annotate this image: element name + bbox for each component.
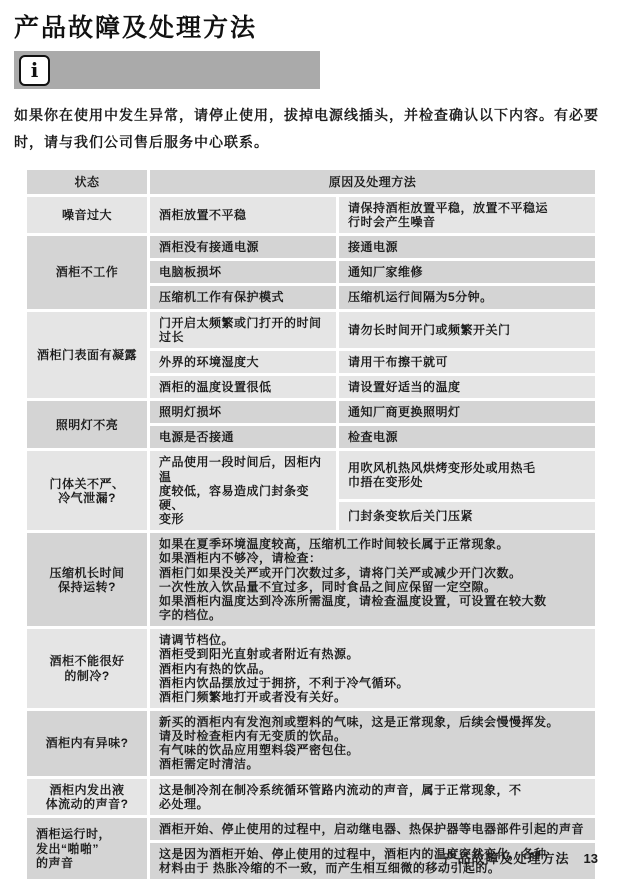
table-row: 酒柜门表面有凝露门开启太频繁或门打开的时间过长请勿长时间开门或频繁开关门 (27, 312, 595, 348)
cause-cell: 照明灯损坏 (150, 401, 336, 423)
remedy-cell: 这是制冷剂在制冷系统循环管路内流动的声音，属于正常现象，不 必处理。 (150, 779, 595, 815)
status-cell: 照明灯不亮 (27, 401, 147, 448)
remedy-cell: 请勿长时间开门或频繁开关门 (339, 312, 595, 348)
cause-cell: 酒柜放置不平稳 (150, 197, 336, 233)
page-footer: 产品故障及处理方法13 (444, 848, 598, 867)
info-bar: i (14, 51, 320, 89)
remedy-cell: 请用干布擦干就可 (339, 351, 595, 373)
cause-cell: 酒柜的温度设置很低 (150, 376, 336, 398)
status-cell: 酒柜不能很好 的制冷? (27, 629, 147, 708)
status-cell: 压缩机长时间 保持运转? (27, 533, 147, 626)
remedy-cell: 如果在夏季环境温度较高，压缩机工作时间较长属于正常现象。 如果酒柜内不够冷，请检… (150, 533, 595, 626)
status-cell: 噪音过大 (27, 197, 147, 233)
table-row: 酒柜内有异味?新买的酒柜内有发泡剂或塑料的气味，这是正常现象，后续会慢慢挥发。 … (27, 711, 595, 776)
table-header-row: 状态 原因及处理方法 (27, 170, 595, 194)
table-row: 压缩机长时间 保持运转?如果在夏季环境温度较高，压缩机工作时间较长属于正常现象。… (27, 533, 595, 626)
table-row: 照明灯不亮照明灯损坏通知厂商更换照明灯 (27, 401, 595, 423)
intro-text: 如果你在使用中发生异常，请停止使用，拔掉电源线插头，并检查确认以下内容。有必要 … (14, 102, 606, 157)
remedy-cell: 用吹风机热风烘烤变形处或用热毛 巾捂在变形处 (339, 451, 595, 498)
status-cell: 酒柜内有异味? (27, 711, 147, 776)
table-row: 酒柜不能很好 的制冷?请调节档位。 酒柜受到阳光直射或者附近有热源。 酒柜内有热… (27, 629, 595, 708)
status-cell: 酒柜门表面有凝露 (27, 312, 147, 399)
cause-cell: 产品使用一段时间后，因柜内温 度较低，容易造成门封条变硬、 变形 (150, 451, 336, 530)
cause-cell: 电脑板损坏 (150, 261, 336, 283)
table-row: 酒柜运行时， 发出“啪啪” 的声音酒柜开始、停止使用的过程中，启动继电器、热保护… (27, 818, 595, 840)
info-icon: i (19, 55, 50, 86)
remedy-cell: 检查电源 (339, 426, 595, 448)
remedy-cell: 请设置好适当的温度 (339, 376, 595, 398)
table-row: 酒柜不工作酒柜没有接通电源接通电源 (27, 236, 595, 258)
status-column-header: 状态 (27, 170, 147, 194)
remedy-cell: 通知厂商更换照明灯 (339, 401, 595, 423)
remedy-cell: 接通电源 (339, 236, 595, 258)
remedy-cell: 新买的酒柜内有发泡剂或塑料的气味，这是正常现象，后续会慢慢挥发。 请及时检查柜内… (150, 711, 595, 776)
cause-cell: 门开启太频繁或门打开的时间过长 (150, 312, 336, 348)
cause-cell: 酒柜没有接通电源 (150, 236, 336, 258)
cause-remedy-column-header: 原因及处理方法 (150, 170, 595, 194)
remedy-cell: 酒柜开始、停止使用的过程中，启动继电器、热保护器等电器部件引起的声音 (150, 818, 595, 840)
fault-table: 状态 原因及处理方法 噪音过大酒柜放置不平稳请保持酒柜放置平稳，放置不平稳运 行… (24, 167, 598, 879)
remedy-cell: 请保持酒柜放置平稳，放置不平稳运 行时会产生噪音 (339, 197, 595, 233)
manual-page: 产品故障及处理方法 i 如果你在使用中发生异常，请停止使用，拔掉电源线插头，并检… (0, 0, 620, 879)
footer-page-number: 13 (584, 851, 598, 866)
cause-cell: 门封条变软后关门压紧 (339, 502, 595, 531)
remedy-cell: 请调节档位。 酒柜受到阳光直射或者附近有热源。 酒柜内有热的饮品。 酒柜内饮品摆… (150, 629, 595, 708)
page-title: 产品故障及处理方法 (14, 8, 602, 44)
remedy-cell: 压缩机运行间隔为5分钟。 (339, 286, 595, 308)
status-cell: 酒柜不工作 (27, 236, 147, 308)
table-row: 酒柜内发出液 体流动的声音?这是制冷剂在制冷系统循环管路内流动的声音，属于正常现… (27, 779, 595, 815)
cause-cell: 压缩机工作有保护模式 (150, 286, 336, 308)
cause-cell: 外界的环境湿度大 (150, 351, 336, 373)
table-row: 噪音过大酒柜放置不平稳请保持酒柜放置平稳，放置不平稳运 行时会产生噪音 (27, 197, 595, 233)
footer-section-label: 产品故障及处理方法 (444, 851, 570, 866)
status-cell: 酒柜内发出液 体流动的声音? (27, 779, 147, 815)
remedy-cell: 通知厂家维修 (339, 261, 595, 283)
cause-cell: 电源是否接通 (150, 426, 336, 448)
status-cell: 门体关不严、 冷气泄漏? (27, 451, 147, 530)
fault-table-body: 噪音过大酒柜放置不平稳请保持酒柜放置平稳，放置不平稳运 行时会产生噪音酒柜不工作… (27, 197, 595, 879)
table-row: 门体关不严、 冷气泄漏?产品使用一段时间后，因柜内温 度较低，容易造成门封条变硬… (27, 451, 595, 498)
status-cell: 酒柜运行时， 发出“啪啪” 的声音 (27, 818, 147, 879)
